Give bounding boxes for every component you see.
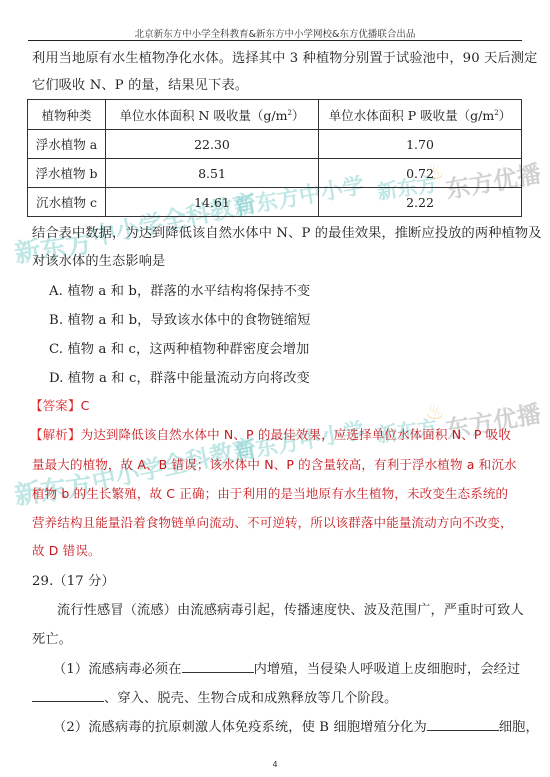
q29-title: 29.（17 分）: [32, 570, 115, 589]
cell-p: 0.72: [319, 159, 522, 188]
table-header-row: 植物种类 单位水体面积 N 吸收量（g/m2） 单位水体面积 P 吸收量（g/m…: [28, 100, 522, 130]
q29-intro-line-2: 死亡。: [32, 628, 72, 647]
answer-blank-3[interactable]: [427, 718, 499, 731]
analysis-label: 【解析】: [30, 427, 81, 442]
answer-value: C: [81, 398, 90, 413]
cell-plant: 沉水植物 c: [28, 188, 106, 217]
q29-intro-line-1: 流行性感冒（流感）由流感病毒引起，传播速度快、波及范围广，严重时可致人: [57, 599, 524, 618]
header-divider: [28, 40, 522, 41]
option-d: D. 植物 a 和 c，群落中能量流动方向将改变: [49, 367, 310, 386]
option-b: B. 植物 a 和 b，导致该水体中的食物链缩短: [49, 309, 311, 328]
option-a: A. 植物 a 和 b，群落的水平结构将保持不变: [49, 280, 310, 299]
flame-logo-icon-2: ♨: [425, 400, 445, 425]
option-c: C. 植物 a 和 c，这两种植物种群密度会增加: [49, 338, 309, 357]
q29-part-1-line-2: 、穿入、脱壳、生物合成和成熟释放等几个阶段。: [32, 687, 397, 706]
absorption-table: 植物种类 单位水体面积 N 吸收量（g/m2） 单位水体面积 P 吸收量（g/m…: [27, 99, 522, 217]
answer-blank-2[interactable]: [32, 689, 104, 702]
cell-plant: 浮水植物 b: [28, 159, 106, 188]
intro-line-1: 利用当地原有水生植物净化水体。选择其中 3 种植物分别置于试验池中，90 天后测…: [32, 47, 537, 66]
header-p-absorption: 单位水体面积 P 吸收量（g/m2）: [319, 100, 522, 130]
header-n-absorption: 单位水体面积 N 吸收量（g/m2）: [106, 100, 319, 130]
answer: 【答案】C: [30, 396, 90, 414]
analysis-line-2: 量最大的植物，故 A、B 错误；该水体中 N、P 的含量较高，有利于浮水植物 a…: [32, 455, 517, 473]
cell-p: 2.22: [319, 188, 522, 217]
q29-part-2-line-1: （2）流感病毒的抗原刺激人体免疫系统，使 B 细胞增殖分化为细胞，: [53, 716, 539, 735]
cell-n: 14.61: [106, 188, 319, 217]
cell-n: 8.51: [106, 159, 319, 188]
page-number: 4: [0, 760, 550, 769]
intro-line-2: 它们吸收 N、P 的量，结果见下表。: [32, 74, 248, 93]
table-row: 浮水植物 b 8.51 0.72: [28, 159, 522, 188]
table-row: 浮水植物 a 22.30 1.70: [28, 130, 522, 159]
question-line-2: 对该水体的生态影响是: [32, 250, 165, 269]
question-line-1: 结合表中数据，为达到降低该自然水体中 N、P 的最佳效果，推断应投放的两种植物及: [32, 222, 542, 241]
table-row: 沉水植物 c 14.61 2.22: [28, 188, 522, 217]
analysis-line-5: 故 D 错误。: [32, 541, 101, 559]
page-header: 北京新东方中小学全科教育&新东方中小学网校&东方优播联合出品: [0, 26, 550, 40]
q29-part-1-line-1: （1）流感病毒必须在内增殖，当侵染人呼吸道上皮细胞时，会经过: [53, 658, 520, 677]
cell-plant: 浮水植物 a: [28, 130, 106, 159]
header-plant-type: 植物种类: [28, 100, 106, 130]
cell-p: 1.70: [319, 130, 522, 159]
cell-n: 22.30: [106, 130, 319, 159]
answer-label: 【答案】: [30, 398, 81, 413]
analysis-line-4: 营养结构且能量沿着食物链单向流动、不可逆转，所以该群落中能量流动方向不改变，: [32, 513, 513, 531]
answer-blank-1[interactable]: [182, 660, 254, 673]
analysis-line-1: 【解析】为达到降低该自然水体中 N、P 的最佳效果，应选择单位水体面积 N、P …: [30, 425, 511, 443]
analysis-line-3: 植物 b 的生长繁殖，故 C 正确；由于利用的是当地原有水生植物，未改变生态系统…: [32, 484, 508, 502]
